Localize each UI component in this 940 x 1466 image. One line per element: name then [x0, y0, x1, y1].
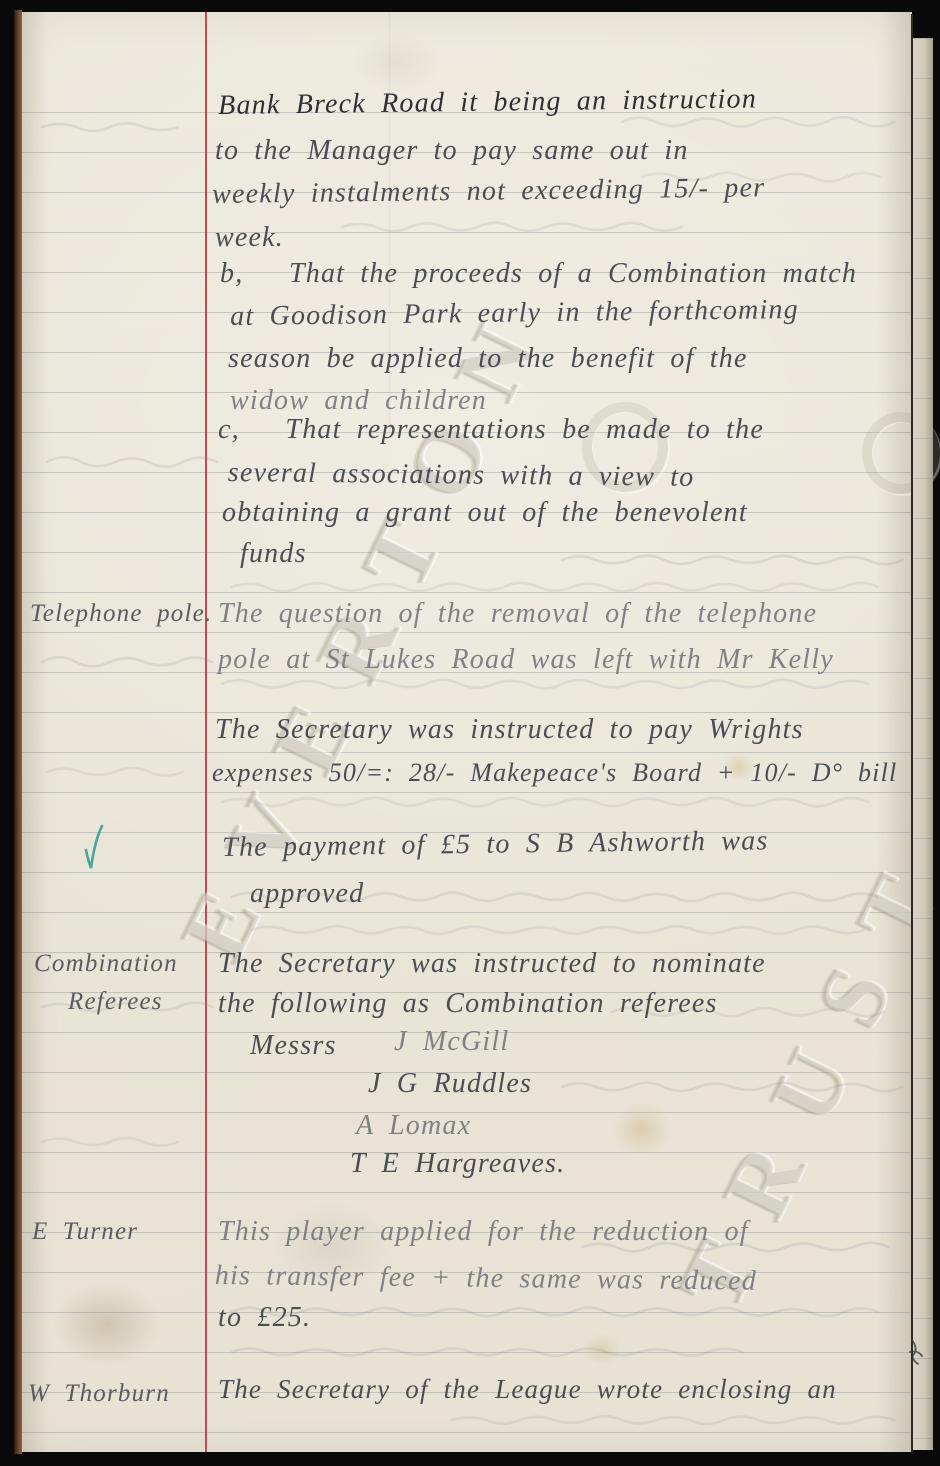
minute-line: funds: [240, 538, 307, 570]
scanned-minute-book-page: { "document": { "kind": "handwritten-min…: [0, 0, 940, 1466]
minute-line: This player applied for the reduction of: [218, 1216, 749, 1248]
margin-heading: Telephone pole.: [30, 600, 212, 628]
minute-line: The Secretary was instructed to pay Wrig…: [215, 714, 804, 746]
minute-line: season be applied to the benefit of the: [228, 343, 748, 375]
ledger-page: EVERTON TRUST Bank Breck Road it being a…: [22, 12, 912, 1452]
minute-line: week.: [215, 222, 284, 254]
stain: [352, 32, 442, 92]
minute-line: The question of the removal of the telep…: [218, 598, 817, 630]
minute-line: weekly instalments not exceeding 15/- pe…: [212, 172, 765, 211]
minute-line: approved: [250, 878, 364, 910]
minute-line: to £25.: [218, 1302, 311, 1334]
red-margin-rule: [205, 12, 207, 1452]
minute-line: obtaining a grant out of the benevolent: [222, 497, 748, 529]
minute-line: The Secretary was instructed to nominate: [218, 948, 766, 980]
minute-line: expenses 50/=: 28/- Makepeace's Board + …: [212, 758, 897, 788]
book-binding-edge: [14, 10, 22, 1454]
referee-name: J McGill: [394, 1026, 509, 1058]
referee-name: J G Ruddles: [368, 1068, 532, 1100]
minute-line: to the Manager to pay same out in: [215, 135, 689, 167]
minute-line: The Secretary of the League wrote enclos…: [218, 1374, 837, 1405]
margin-heading: Combination: [34, 950, 178, 978]
margin-heading: W Thorburn: [28, 1380, 170, 1408]
minute-line: c, That representations be made to the: [218, 414, 764, 446]
referee-name: T E Hargreaves.: [350, 1148, 565, 1180]
next-page-sliver: [913, 38, 933, 1450]
minute-line: his transfer fee + the same was reduced: [215, 1260, 757, 1298]
margin-heading: Referees: [68, 988, 163, 1016]
minute-line: widow and children: [230, 385, 487, 417]
minute-line: The payment of £5 to S B Ashworth was: [222, 825, 769, 864]
minute-line: Messrs: [250, 1030, 337, 1062]
minute-line: pole at St Lukes Road was left with Mr K…: [218, 644, 834, 676]
margin-heading: E Turner: [32, 1218, 138, 1246]
minute-line: b, That the proceeds of a Combination ma…: [220, 258, 857, 290]
minute-line: Bank Breck Road it being an instruction: [218, 83, 757, 122]
minute-line: the following as Combination referees: [218, 988, 718, 1020]
minute-line: several associations with a view to: [228, 457, 695, 494]
referee-name: A Lomax: [356, 1110, 471, 1142]
